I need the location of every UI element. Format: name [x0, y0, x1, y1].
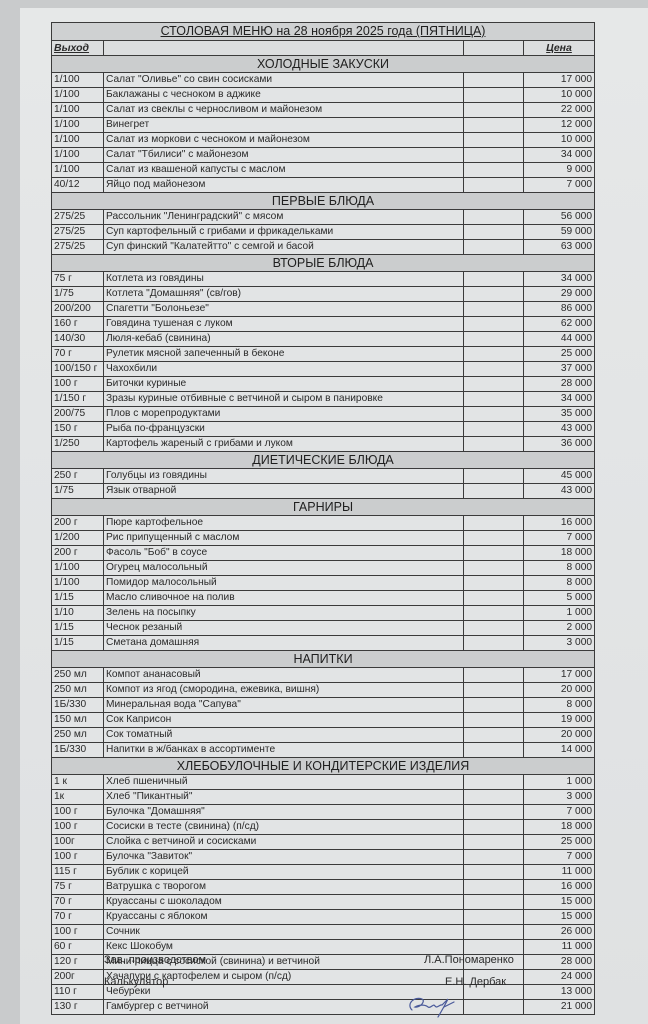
item-price: 7 000: [524, 805, 595, 820]
item-output: 250 мл: [52, 683, 104, 698]
menu-item-row: 1/200Рис припущенный с маслом7 000: [52, 531, 595, 546]
item-price: 11 000: [524, 865, 595, 880]
menu-item-row: 1/100Винегрет12 000: [52, 118, 595, 133]
handwritten-signature-icon: [404, 990, 460, 1020]
menu-item-row: 1/250Картофель жареный с грибами и луком…: [52, 437, 595, 452]
item-name: Люля-кебаб (свинина): [104, 332, 464, 347]
item-price: 86 000: [524, 302, 595, 317]
item-output: 1Б/330: [52, 698, 104, 713]
item-output: 200г: [52, 970, 104, 985]
section-header-row: ВТОРЫЕ БЛЮДА: [52, 255, 595, 272]
item-price: 8 000: [524, 698, 595, 713]
item-name: Круассаны с яблоком: [104, 910, 464, 925]
item-output: 150 г: [52, 422, 104, 437]
item-price: 59 000: [524, 225, 595, 240]
item-name: Бублик с корицей: [104, 865, 464, 880]
item-name: Хлеб "Пикантный": [104, 790, 464, 805]
item-output: 1/15: [52, 591, 104, 606]
menu-item-row: 1 кХлеб пшеничный1 000: [52, 775, 595, 790]
item-output: 1/100: [52, 576, 104, 591]
item-price: 62 000: [524, 317, 595, 332]
item-extra: [464, 317, 524, 332]
item-extra: [464, 835, 524, 850]
item-output: 250 г: [52, 469, 104, 484]
item-price: 34 000: [524, 148, 595, 163]
item-name: Салат "Тбилиси" с майонезом: [104, 148, 464, 163]
item-price: 1 000: [524, 606, 595, 621]
item-name: Сметана домашняя: [104, 636, 464, 651]
item-name: Сок томатный: [104, 728, 464, 743]
item-output: 200 г: [52, 516, 104, 531]
item-output: 250 мл: [52, 668, 104, 683]
item-name: Булочка "Завиток": [104, 850, 464, 865]
item-output: 1 к: [52, 775, 104, 790]
signature-line-production-head: Зав. производством Л.А.Пономаренко: [104, 950, 564, 972]
menu-item-row: 100 гСосиски в тесте (свинина) (п/сд)18 …: [52, 820, 595, 835]
item-name: Салат "Оливье" со свин сосисками: [104, 73, 464, 88]
menu-item-row: 250 млКомпот из ягод (смородина, ежевика…: [52, 683, 595, 698]
item-output: 160 г: [52, 317, 104, 332]
item-output: 100 г: [52, 925, 104, 940]
menu-item-row: 200 гПюре картофельное16 000: [52, 516, 595, 531]
item-output: 115 г: [52, 865, 104, 880]
item-price: 35 000: [524, 407, 595, 422]
item-name: Масло сливочное на полив: [104, 591, 464, 606]
item-extra: [464, 668, 524, 683]
item-extra: [464, 698, 524, 713]
menu-item-row: 250 млСок томатный20 000: [52, 728, 595, 743]
item-extra: [464, 636, 524, 651]
item-price: 26 000: [524, 925, 595, 940]
item-price: 25 000: [524, 835, 595, 850]
item-price: 15 000: [524, 910, 595, 925]
item-price: 43 000: [524, 422, 595, 437]
item-price: 20 000: [524, 728, 595, 743]
menu-table: СТОЛОВАЯ МЕНЮ на 28 ноября 2025 года (ПЯ…: [51, 22, 595, 1015]
item-extra: [464, 287, 524, 302]
item-extra: [464, 546, 524, 561]
item-price: 9 000: [524, 163, 595, 178]
item-price: 43 000: [524, 484, 595, 499]
item-output: 275/25: [52, 240, 104, 255]
item-extra: [464, 621, 524, 636]
item-name: Зелень на посыпку: [104, 606, 464, 621]
item-extra: [464, 240, 524, 255]
item-price: 10 000: [524, 88, 595, 103]
menu-item-row: 1/15Чеснок резаный2 000: [52, 621, 595, 636]
menu-item-row: 1/15Масло сливочное на полив5 000: [52, 591, 595, 606]
item-extra: [464, 469, 524, 484]
item-name: Компот из ягод (смородина, ежевика, вишн…: [104, 683, 464, 698]
menu-item-row: 70 гРулетик мясной запеченный в беконе25…: [52, 347, 595, 362]
signature-role: Калькулятор: [104, 976, 168, 988]
item-output: 100 г: [52, 820, 104, 835]
item-extra: [464, 531, 524, 546]
menu-item-row: 70 гКруассаны с шоколадом15 000: [52, 895, 595, 910]
item-output: 200/75: [52, 407, 104, 422]
section-header-row: ХЛЕБОБУЛОЧНЫЕ И КОНДИТЕРСКИЕ ИЗДЕЛИЯ: [52, 758, 595, 775]
menu-item-row: 115 гБублик с корицей11 000: [52, 865, 595, 880]
item-name: Рассольник "Ленинградский" с мясом: [104, 210, 464, 225]
item-output: 1Б/330: [52, 743, 104, 758]
item-extra: [464, 437, 524, 452]
item-name: Зразы куриные отбивные с ветчиной и сыро…: [104, 392, 464, 407]
item-name: Рулетик мясной запеченный в беконе: [104, 347, 464, 362]
item-price: 17 000: [524, 668, 595, 683]
item-extra: [464, 392, 524, 407]
menu-item-row: 1/100Салат из квашеной капусты с маслом9…: [52, 163, 595, 178]
signature-name: Л.А.Пономаренко: [424, 954, 514, 966]
item-extra: [464, 576, 524, 591]
item-output: 75 г: [52, 272, 104, 287]
item-output: 200/200: [52, 302, 104, 317]
menu-item-row: 100 гБулочка "Завиток"7 000: [52, 850, 595, 865]
item-output: 1/100: [52, 118, 104, 133]
item-name: Винегрет: [104, 118, 464, 133]
item-name: Спагетти "Болоньезе": [104, 302, 464, 317]
item-price: 7 000: [524, 531, 595, 546]
item-name: Хлеб пшеничный: [104, 775, 464, 790]
section-header-row: ПЕРВЫЕ БЛЮДА: [52, 193, 595, 210]
menu-item-row: 200/75Плов с морепродуктами35 000: [52, 407, 595, 422]
item-extra: [464, 713, 524, 728]
section-header-row: ГАРНИРЫ: [52, 499, 595, 516]
item-extra: [464, 561, 524, 576]
menu-item-row: 1/15Сметана домашняя3 000: [52, 636, 595, 651]
item-price: 18 000: [524, 546, 595, 561]
menu-item-row: 100/150 гЧахохбили37 000: [52, 362, 595, 377]
item-output: 1/100: [52, 148, 104, 163]
item-output: 110 г: [52, 985, 104, 1000]
item-name: Биточки куриные: [104, 377, 464, 392]
item-name: Компот ананасовый: [104, 668, 464, 683]
menu-item-row: 160 гГовядина тушеная с луком62 000: [52, 317, 595, 332]
item-name: Котлета из говядины: [104, 272, 464, 287]
menu-item-row: 200 гФасоль "Боб" в соусе18 000: [52, 546, 595, 561]
menu-item-row: 1/100Салат из моркови с чесноком и майон…: [52, 133, 595, 148]
item-name: Огурец малосольный: [104, 561, 464, 576]
item-price: 1 000: [524, 775, 595, 790]
item-output: 40/12: [52, 178, 104, 193]
column-header-row: Выход Цена: [52, 41, 595, 56]
item-price: 3 000: [524, 790, 595, 805]
menu-item-row: 1/150 гЗразы куриные отбивные с ветчиной…: [52, 392, 595, 407]
item-output: 120 г: [52, 955, 104, 970]
item-name: Булочка "Домашняя": [104, 805, 464, 820]
item-name: Котлета "Домашняя" (св/гов): [104, 287, 464, 302]
item-extra: [464, 728, 524, 743]
menu-item-row: 1/100Салат из свеклы с черносливом и май…: [52, 103, 595, 118]
item-price: 25 000: [524, 347, 595, 362]
item-output: 1/100: [52, 103, 104, 118]
item-output: 1/75: [52, 484, 104, 499]
item-price: 16 000: [524, 516, 595, 531]
menu-item-row: 150 млСок Каприсон19 000: [52, 713, 595, 728]
menu-title: СТОЛОВАЯ МЕНЮ на 28 ноября 2025 года (ПЯ…: [161, 24, 486, 38]
signature-line-calculator: Калькулятор Е.Н. Дербак: [104, 972, 564, 994]
item-price: 12 000: [524, 118, 595, 133]
section-title: ВТОРЫЕ БЛЮДА: [52, 255, 595, 272]
item-price: 10 000: [524, 133, 595, 148]
menu-item-row: 1/100Помидор малосольный8 000: [52, 576, 595, 591]
menu-item-row: 75 гВатрушка с творогом16 000: [52, 880, 595, 895]
item-extra: [464, 790, 524, 805]
column-header-output: Выход: [54, 42, 89, 54]
item-extra: [464, 484, 524, 499]
menu-item-row: 100гСлойка с ветчиной и сосисками25 000: [52, 835, 595, 850]
item-price: 7 000: [524, 178, 595, 193]
item-name: Сосиски в тесте (свинина) (п/сд): [104, 820, 464, 835]
menu-item-row: 275/25Рассольник "Ленинградский" с мясом…: [52, 210, 595, 225]
item-extra: [464, 118, 524, 133]
menu-item-row: 1Б/330Минеральная вода "Сапува"8 000: [52, 698, 595, 713]
menu-item-row: 250 гГолубцы из говядины45 000: [52, 469, 595, 484]
menu-item-row: 1/100Салат "Тбилиси" с майонезом34 000: [52, 148, 595, 163]
item-extra: [464, 516, 524, 531]
item-price: 21 000: [524, 1000, 595, 1015]
item-name: Чахохбили: [104, 362, 464, 377]
item-extra: [464, 302, 524, 317]
menu-item-row: 40/12Яйцо под майонезом7 000: [52, 178, 595, 193]
item-price: 8 000: [524, 561, 595, 576]
menu-item-row: 75 гКотлета из говядины34 000: [52, 272, 595, 287]
item-output: 70 г: [52, 347, 104, 362]
item-name: Говядина тушеная с луком: [104, 317, 464, 332]
item-price: 2 000: [524, 621, 595, 636]
item-price: 14 000: [524, 743, 595, 758]
item-extra: [464, 225, 524, 240]
menu-item-row: 140/30Люля-кебаб (свинина)44 000: [52, 332, 595, 347]
menu-title-row: СТОЛОВАЯ МЕНЮ на 28 ноября 2025 года (ПЯ…: [52, 23, 595, 41]
item-extra: [464, 362, 524, 377]
item-price: 63 000: [524, 240, 595, 255]
menu-item-row: 100 гБулочка "Домашняя"7 000: [52, 805, 595, 820]
item-output: 60 г: [52, 940, 104, 955]
item-extra: [464, 895, 524, 910]
item-output: 150 мл: [52, 713, 104, 728]
item-price: 37 000: [524, 362, 595, 377]
item-output: 1/100: [52, 73, 104, 88]
item-price: 34 000: [524, 392, 595, 407]
item-output: 275/25: [52, 225, 104, 240]
menu-item-row: 1/75Язык отварной43 000: [52, 484, 595, 499]
item-extra: [464, 865, 524, 880]
item-output: 1/15: [52, 636, 104, 651]
item-price: 34 000: [524, 272, 595, 287]
menu-item-row: 100 гСочник26 000: [52, 925, 595, 940]
menu-item-row: 1кХлеб "Пикантный"3 000: [52, 790, 595, 805]
menu-item-row: 275/25Суп финский "Калатейтто" с семгой …: [52, 240, 595, 255]
item-extra: [464, 407, 524, 422]
item-name: Салат из свеклы с черносливом и майонезо…: [104, 103, 464, 118]
item-output: 1/100: [52, 133, 104, 148]
item-output: 140/30: [52, 332, 104, 347]
item-price: 22 000: [524, 103, 595, 118]
item-output: 100/150 г: [52, 362, 104, 377]
item-extra: [464, 73, 524, 88]
item-name: Сочник: [104, 925, 464, 940]
section-title: НАПИТКИ: [52, 651, 595, 668]
item-price: 15 000: [524, 895, 595, 910]
item-output: 1/100: [52, 561, 104, 576]
item-name: Пюре картофельное: [104, 516, 464, 531]
item-output: 100г: [52, 835, 104, 850]
section-title: ПЕРВЫЕ БЛЮДА: [52, 193, 595, 210]
item-output: 1/200: [52, 531, 104, 546]
item-output: 130 г: [52, 1000, 104, 1015]
item-extra: [464, 820, 524, 835]
menu-item-row: 250 млКомпот ананасовый17 000: [52, 668, 595, 683]
section-title: ГАРНИРЫ: [52, 499, 595, 516]
item-extra: [464, 683, 524, 698]
section-header-row: ХОЛОДНЫЕ ЗАКУСКИ: [52, 56, 595, 73]
item-output: 250 мл: [52, 728, 104, 743]
item-name: Чеснок резаный: [104, 621, 464, 636]
item-name: Круассаны с шоколадом: [104, 895, 464, 910]
section-title: ХЛЕБОБУЛОЧНЫЕ И КОНДИТЕРСКИЕ ИЗДЕЛИЯ: [52, 758, 595, 775]
item-name: Ватрушка с творогом: [104, 880, 464, 895]
item-price: 3 000: [524, 636, 595, 651]
section-title: ДИЕТИЧЕСКИЕ БЛЮДА: [52, 452, 595, 469]
item-price: 36 000: [524, 437, 595, 452]
menu-item-row: 150 гРыба по-французски43 000: [52, 422, 595, 437]
item-name: Напитки в ж/банках в ассортименте: [104, 743, 464, 758]
section-header-row: НАПИТКИ: [52, 651, 595, 668]
item-output: 200 г: [52, 546, 104, 561]
column-header-price: Цена: [546, 42, 572, 54]
item-price: 44 000: [524, 332, 595, 347]
menu-item-row: 1/100Салат "Оливье" со свин сосисками17 …: [52, 73, 595, 88]
signatures-block: Зав. производством Л.А.Пономаренко Кальк…: [104, 950, 564, 994]
item-output: 1/150 г: [52, 392, 104, 407]
item-extra: [464, 272, 524, 287]
item-name: Картофель жареный с грибами и луком: [104, 437, 464, 452]
item-extra: [464, 148, 524, 163]
item-extra: [464, 88, 524, 103]
item-price: 28 000: [524, 377, 595, 392]
menu-item-row: 1Б/330Напитки в ж/банках в ассортименте1…: [52, 743, 595, 758]
item-extra: [464, 880, 524, 895]
item-price: 5 000: [524, 591, 595, 606]
item-name: Сок Каприсон: [104, 713, 464, 728]
item-extra: [464, 743, 524, 758]
item-output: 75 г: [52, 880, 104, 895]
item-extra: [464, 925, 524, 940]
menu-item-row: 130 гГамбургер с ветчиной21 000: [52, 1000, 595, 1015]
menu-item-row: 275/25Суп картофельный с грибами и фрика…: [52, 225, 595, 240]
item-name: Язык отварной: [104, 484, 464, 499]
item-name: Минеральная вода "Сапува": [104, 698, 464, 713]
item-output: 1/10: [52, 606, 104, 621]
item-extra: [464, 347, 524, 362]
item-output: 1/100: [52, 163, 104, 178]
item-extra: [464, 422, 524, 437]
item-output: 70 г: [52, 910, 104, 925]
item-extra: [464, 163, 524, 178]
item-price: 8 000: [524, 576, 595, 591]
item-output: 1/250: [52, 437, 104, 452]
item-extra: [464, 210, 524, 225]
item-extra: [464, 1000, 524, 1015]
item-output: 100 г: [52, 377, 104, 392]
item-name: Рис припущенный с маслом: [104, 531, 464, 546]
item-extra: [464, 103, 524, 118]
item-price: 19 000: [524, 713, 595, 728]
column-header-name: [104, 41, 464, 56]
item-output: 1/100: [52, 88, 104, 103]
item-price: 29 000: [524, 287, 595, 302]
section-title: ХОЛОДНЫЕ ЗАКУСКИ: [52, 56, 595, 73]
item-price: 56 000: [524, 210, 595, 225]
item-name: Баклажаны с чесноком в аджике: [104, 88, 464, 103]
item-extra: [464, 850, 524, 865]
item-name: Суп картофельный с грибами и фрикаделька…: [104, 225, 464, 240]
item-name: Помидор малосольный: [104, 576, 464, 591]
item-output: 100 г: [52, 850, 104, 865]
item-output: 70 г: [52, 895, 104, 910]
item-extra: [464, 910, 524, 925]
menu-item-row: 100 гБиточки куриные28 000: [52, 377, 595, 392]
item-output: 1/75: [52, 287, 104, 302]
menu-item-row: 70 гКруассаны с яблоком15 000: [52, 910, 595, 925]
item-price: 17 000: [524, 73, 595, 88]
item-name: Плов с морепродуктами: [104, 407, 464, 422]
item-extra: [464, 591, 524, 606]
item-price: 16 000: [524, 880, 595, 895]
column-header-extra: [464, 41, 524, 56]
item-price: 18 000: [524, 820, 595, 835]
menu-item-row: 1/100Огурец малосольный8 000: [52, 561, 595, 576]
item-name: Салат из квашеной капусты с маслом: [104, 163, 464, 178]
item-name: Фасоль "Боб" в соусе: [104, 546, 464, 561]
item-output: 1/15: [52, 621, 104, 636]
item-extra: [464, 377, 524, 392]
item-price: 7 000: [524, 850, 595, 865]
menu-item-row: 1/75Котлета "Домашняя" (св/гов)29 000: [52, 287, 595, 302]
menu-item-row: 1/10Зелень на посыпку1 000: [52, 606, 595, 621]
item-name: Слойка с ветчиной и сосисками: [104, 835, 464, 850]
menu-item-row: 1/100Баклажаны с чесноком в аджике10 000: [52, 88, 595, 103]
item-extra: [464, 775, 524, 790]
item-price: 45 000: [524, 469, 595, 484]
menu-item-row: 200/200Спагетти "Болоньезе"86 000: [52, 302, 595, 317]
section-header-row: ДИЕТИЧЕСКИЕ БЛЮДА: [52, 452, 595, 469]
signature-role: Зав. производством: [104, 954, 206, 966]
item-price: 20 000: [524, 683, 595, 698]
item-output: 275/25: [52, 210, 104, 225]
item-extra: [464, 805, 524, 820]
signature-name: Е.Н. Дербак: [445, 976, 506, 988]
item-extra: [464, 606, 524, 621]
item-name: Голубцы из говядины: [104, 469, 464, 484]
item-name: Салат из моркови с чесноком и майонезом: [104, 133, 464, 148]
item-name: Рыба по-французски: [104, 422, 464, 437]
item-output: 100 г: [52, 805, 104, 820]
item-extra: [464, 178, 524, 193]
item-extra: [464, 332, 524, 347]
item-name: Суп финский "Калатейтто" с семгой и басо…: [104, 240, 464, 255]
item-name: Яйцо под майонезом: [104, 178, 464, 193]
menu-document: СТОЛОВАЯ МЕНЮ на 28 ноября 2025 года (ПЯ…: [51, 22, 594, 1015]
item-extra: [464, 133, 524, 148]
item-output: 1к: [52, 790, 104, 805]
